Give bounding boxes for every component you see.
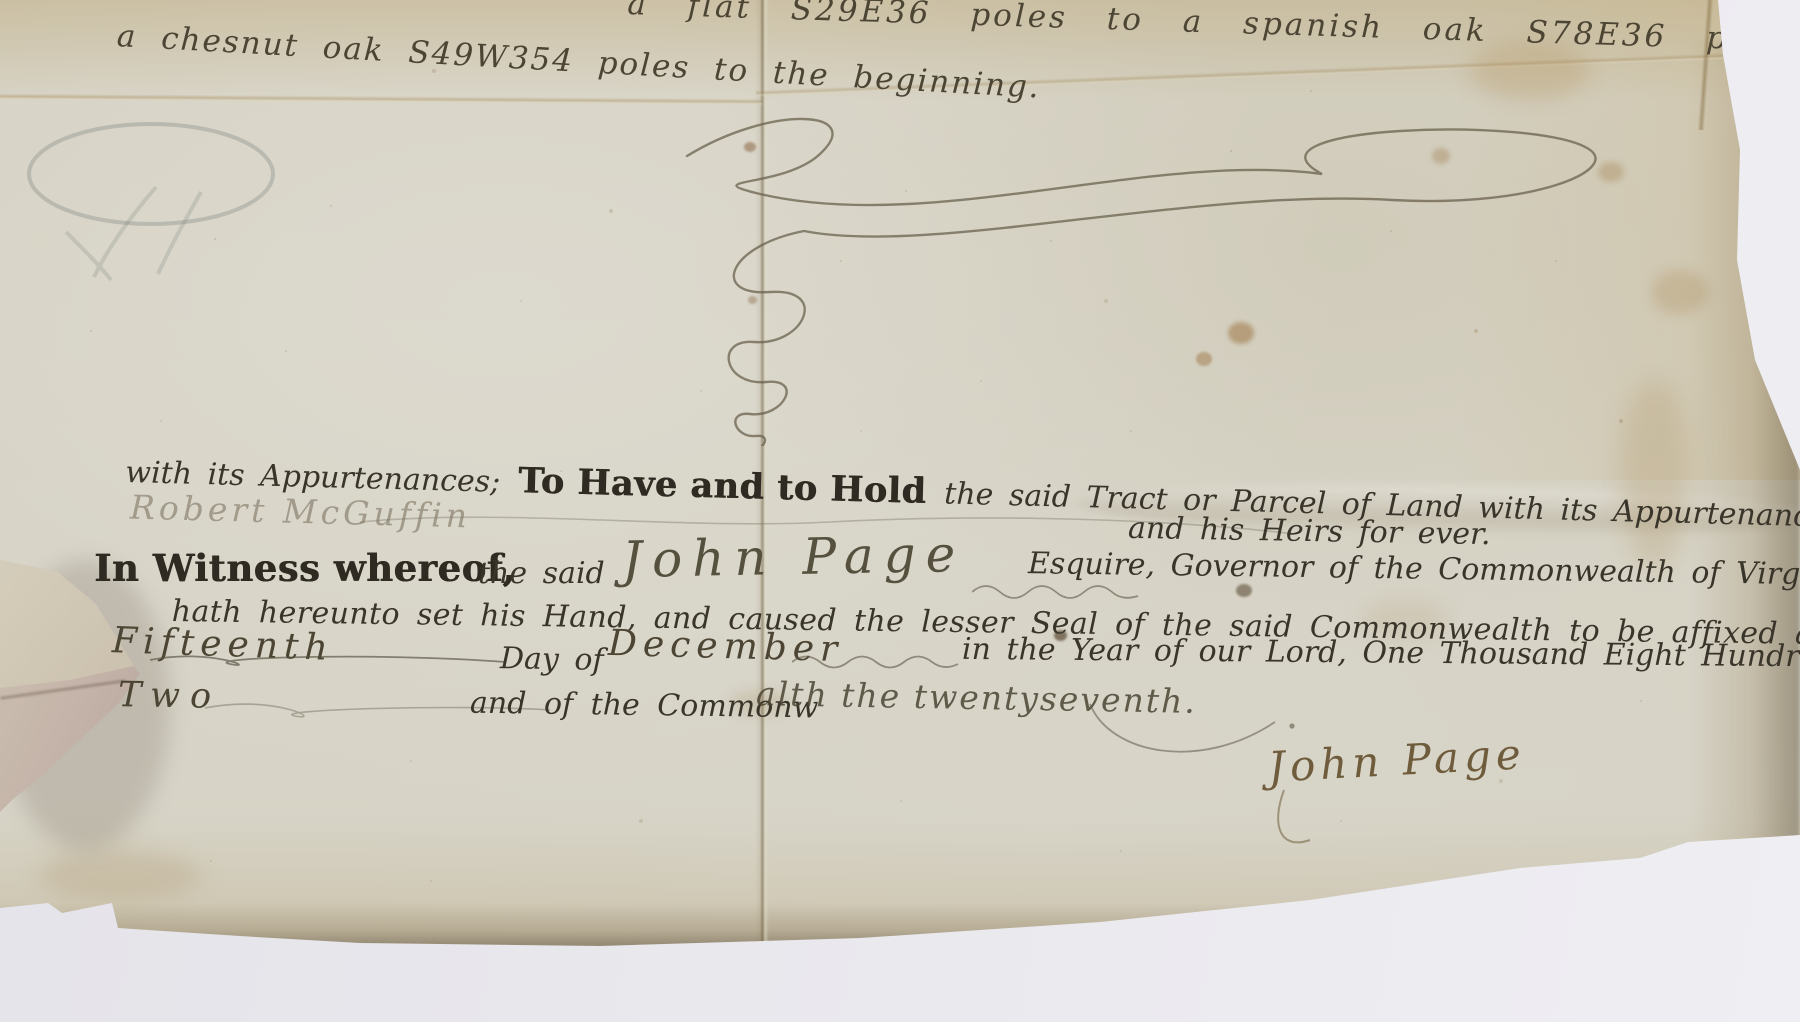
- parchment-sheet: a flat S29E36 poles to a spanish oak S78…: [0, 0, 1800, 1022]
- regnal-flourish: [1080, 696, 1300, 786]
- governor-name-handwritten: John Page: [622, 525, 966, 589]
- witness-the-said: the said: [478, 556, 605, 591]
- day-flourish: [150, 648, 510, 674]
- habendum-blackletter: To Have and to Hold: [518, 460, 927, 512]
- ink-bleedthrough-marks: [6, 112, 306, 292]
- signature-handwritten: John Page: [1267, 729, 1527, 791]
- month-flourish: [792, 650, 962, 676]
- pen-flourish: [632, 96, 1642, 446]
- day-of-print: Day of: [500, 641, 604, 678]
- esquire-print: Esquire, Governor of the Commonwealth of…: [1028, 546, 1800, 593]
- rolled-right-edge: [1690, 40, 1800, 850]
- year-print: in the Year of our Lord, One Thousand Ei…: [962, 632, 1800, 675]
- bottom-edge-shading: [0, 878, 1760, 948]
- stain-mark: [1652, 270, 1708, 314]
- signature-descender-flourish: [1252, 788, 1372, 858]
- witness-blackletter: In Witness whereof,: [94, 546, 516, 590]
- ink-blot: [1236, 584, 1252, 597]
- photo-of-document: { "photo": { "backdrop_color": "#e9e8ee"…: [0, 0, 1800, 1022]
- foxing-speckles: [0, 0, 2, 2]
- heirs-print: and his Heirs for ever.: [1128, 511, 1491, 552]
- stain-mark: [40, 850, 200, 900]
